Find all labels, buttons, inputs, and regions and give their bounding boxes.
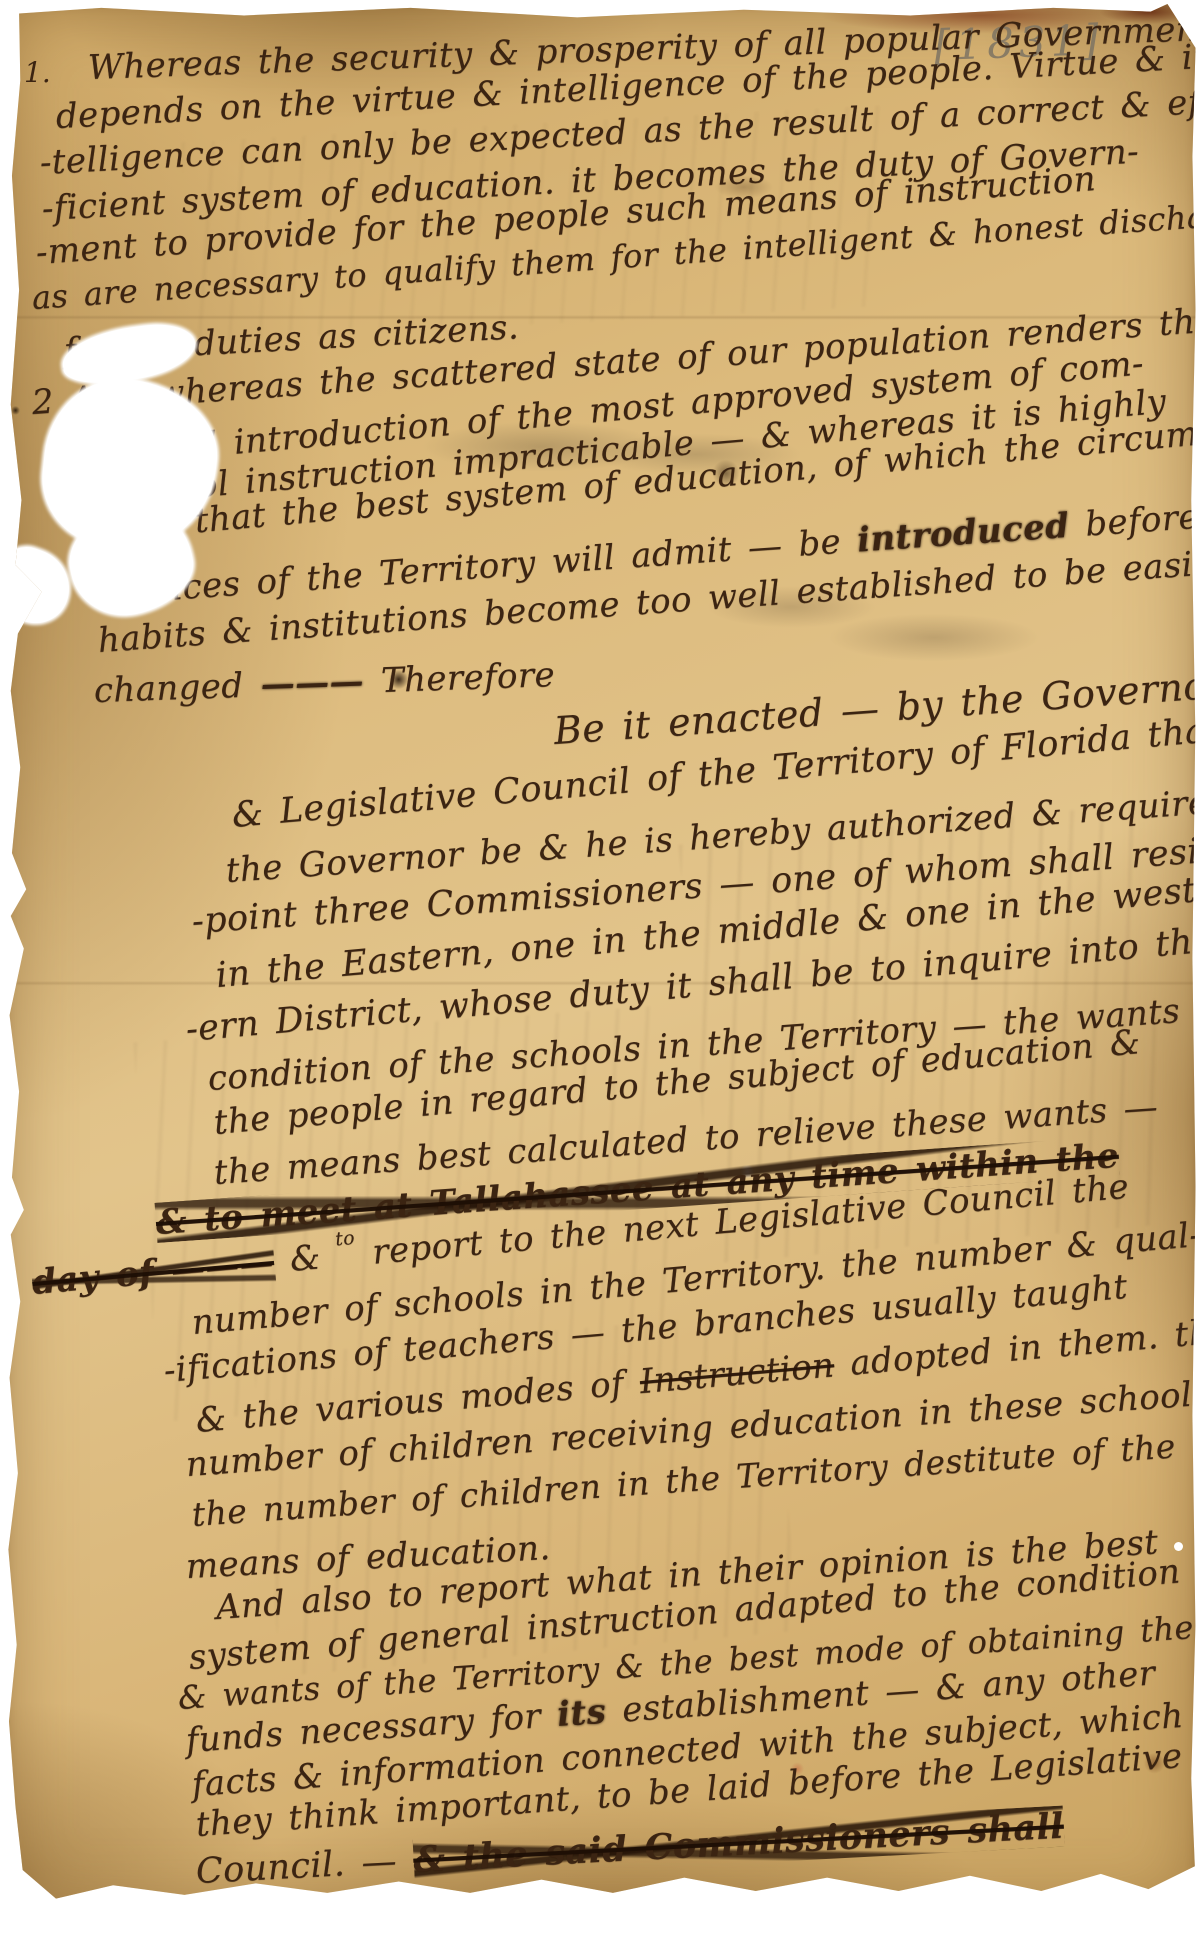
- manuscript-paper: [1831] 1. Whereas the security & prosper…: [6, 4, 1196, 1912]
- text-segment: Therefore: [380, 655, 555, 701]
- text-segment: to: [334, 1228, 355, 1251]
- text-segment: -point three: [191, 886, 429, 942]
- page-number: 1.: [24, 56, 51, 89]
- text-segment: ———: [243, 661, 382, 706]
- text-segment: &: [272, 1236, 338, 1281]
- text-segment: introduced: [856, 506, 1071, 561]
- line-14: changed ——— Therefore: [93, 656, 555, 711]
- text-segment: Council. —: [195, 1841, 414, 1892]
- text-segment: its: [556, 1692, 608, 1735]
- scanned-document: [1831] 1. Whereas the security & prosper…: [0, 0, 1200, 1935]
- paper-fleck: [1174, 1542, 1183, 1551]
- text-segment: changed: [93, 666, 244, 711]
- text-segment: before: [1068, 496, 1200, 546]
- torn-edge-notch: [0, 540, 80, 633]
